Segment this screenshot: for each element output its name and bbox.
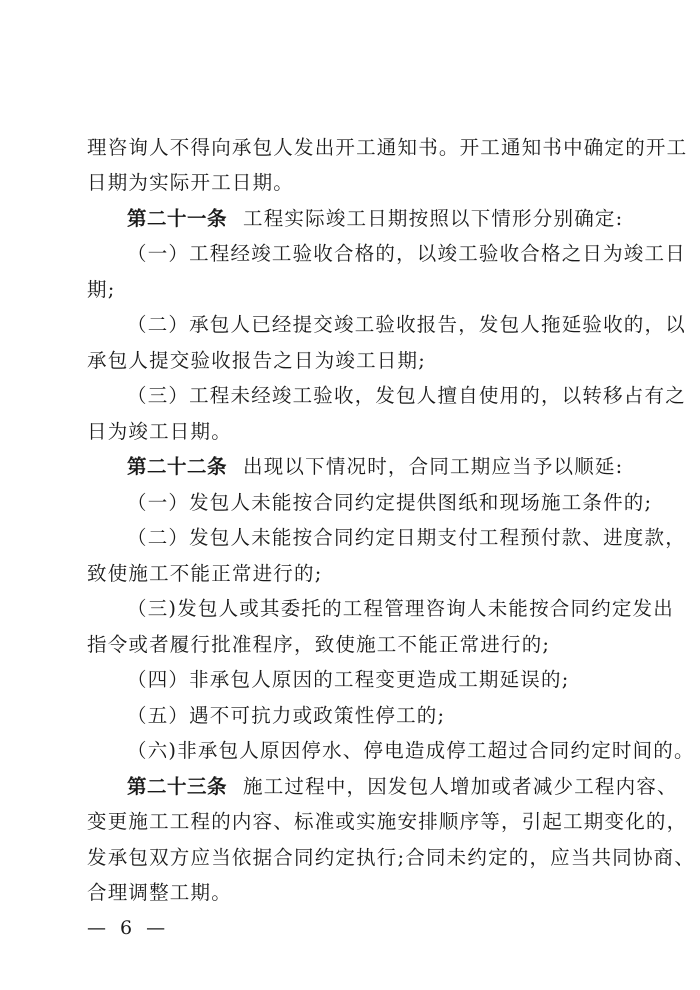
text-line: 日期为实际开工日期。 — [87, 171, 617, 195]
article-21-heading: 第二十一条工程实际竣工日期按照以下情形分别确定: — [127, 207, 617, 231]
document-page: 理咨询人不得向承包人发出开工通知书。开工通知书中确定的开工 日期为实际开工日期。… — [0, 0, 700, 990]
article-number: 第二十一条 — [127, 207, 227, 230]
article-number: 第二十二条 — [127, 455, 227, 478]
text-line: （四）非承包人原因的工程变更造成工期延误的; — [127, 668, 617, 692]
article-22-heading: 第二十二条出现以下情况时，合同工期应当予以顺延: — [127, 455, 617, 479]
text-line: 指令或者履行批准程序，致使施工不能正常进行的; — [87, 633, 617, 657]
text-line: 合理调整工期。 — [87, 881, 617, 905]
article-23-heading: 第二十三条施工过程中，因发包人增加或者减少工程内容、 — [127, 775, 617, 799]
article-text: 出现以下情况时，合同工期应当予以顺延: — [243, 455, 623, 478]
text-line: （二）发包人未能按合同约定日期支付工程预付款、进度款， — [127, 526, 617, 550]
text-line: （五）遇不可抗力或政策性停工的; — [127, 704, 617, 728]
text-line: 理咨询人不得向承包人发出开工通知书。开工通知书中确定的开工 — [87, 136, 617, 160]
article-number: 第二十三条 — [127, 775, 227, 798]
text-line: （一）工程经竣工验收合格的，以竣工验收合格之日为竣工日 — [127, 242, 617, 266]
text-line: 发承包双方应当依据合同约定执行;合同未约定的，应当共同协商、 — [87, 846, 617, 870]
text-line: 期; — [87, 278, 617, 302]
text-line: （六)非承包人原因停水、停电造成停工超过合同约定时间的。 — [127, 739, 617, 763]
text-line: （二）承包人已经提交竣工验收报告，发包人拖延验收的，以 — [127, 313, 617, 337]
article-text: 工程实际竣工日期按照以下情形分别确定: — [243, 207, 623, 230]
text-line: （三）工程未经竣工验收，发包人擅自使用的，以转移占有之 — [127, 384, 617, 408]
article-text: 施工过程中，因发包人增加或者减少工程内容、 — [243, 775, 678, 798]
text-line: （一）发包人未能按合同约定提供图纸和现场施工条件的; — [127, 491, 617, 515]
text-line: （三)发包人或其委托的工程管理咨询人未能按合同约定发出 — [127, 597, 617, 621]
page-number: — 6 — — [87, 916, 169, 940]
text-line: 致使施工不能正常进行的; — [87, 562, 617, 586]
text-line: 变更施工工程的内容、标准或实施安排顺序等，引起工期变化的， — [87, 810, 617, 834]
text-line: 承包人提交验收报告之日为竣工日期; — [87, 349, 617, 373]
text-line: 日为竣工日期。 — [87, 420, 617, 444]
